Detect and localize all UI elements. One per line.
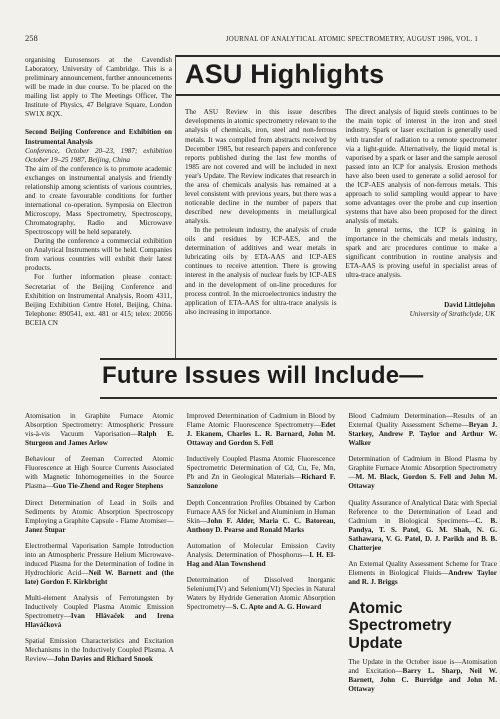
future-issues-bottom-rule [100, 397, 497, 399]
asu-column-left: The ASU Review in this issue describes d… [185, 108, 337, 318]
asu-column-right: The direct analysis of liquid steels con… [346, 108, 498, 318]
asu-highlights-section: ASU Highlights The ASU Review in this is… [176, 55, 500, 319]
beijing-paragraph-2: During the conference a commercial exhib… [25, 237, 172, 273]
future-issues-top-rule [100, 358, 497, 360]
article-authors: Guo Tie-Zhend and Roger Stephens [53, 482, 163, 490]
article-item: Atomisation in Graphite Furnace Atomic A… [25, 412, 174, 448]
signature-affiliation: University of Strathclyde, UK [346, 310, 496, 319]
article-authors: Janez Štupar [25, 526, 66, 534]
beijing-conference-heading: Second Beijing Conference and Exhibition… [25, 128, 172, 146]
beijing-conference-dates: Conference, October 20–23, 1987; exhibit… [25, 147, 172, 165]
asu-highlights-body: The ASU Review in this issue describes d… [176, 96, 500, 318]
article-title: Direct Determination of Lead in Soils an… [25, 499, 174, 525]
page-number: 258 [25, 33, 38, 43]
update-title-line-2: Update [348, 635, 402, 652]
article-item: Automation of Molecular Emission Cavity … [187, 542, 336, 569]
asu-right-paragraph-2: In general terms, the ICP is gaining in … [346, 226, 498, 280]
eurosensors-paragraph: organising Eurosensors at the Cavendish … [25, 56, 172, 119]
article-item: Electrothermal Vaporisation Sample Intro… [25, 542, 174, 587]
journal-title: JOURNAL OF ANALYTICAL ATOMIC SPECTROMETR… [226, 36, 478, 43]
future-issues-column-1: Atomisation in Graphite Furnace Atomic A… [25, 412, 174, 701]
article-item: Depth Concentration Profiles Obtained by… [187, 499, 336, 535]
article-item: Determination of Cadmium in Blood Plasma… [348, 455, 497, 491]
article-authors: John F. Alder, Maria C. C. Batoreau, Ant… [187, 517, 336, 534]
asu-right-paragraph-1: The direct analysis of liquid steels con… [346, 108, 498, 226]
article-item: Blood Cadmium Determination—Results of a… [348, 412, 497, 448]
article-item: Determination of Dissolved Inorganic Sel… [187, 576, 336, 612]
signature-block: David Littlejohn University of Strathcly… [346, 301, 498, 319]
article-item: Inductively Coupled Plasma Atomic Fluore… [187, 455, 336, 491]
article-authors: S. C. Apte and A. G. Howard [233, 603, 322, 611]
update-title-line-1: Atomic Spectrometry [348, 600, 451, 634]
article-title: Improved Determination of Cadmium in Blo… [187, 412, 336, 429]
update-paragraph: The Update in the October issue is—Atomi… [348, 658, 497, 694]
beijing-paragraph-3: For further information please contact: … [25, 273, 172, 327]
article-item: Behaviour of Zeeman Corrected Atomic Flu… [25, 455, 174, 491]
future-issues-columns: Atomisation in Graphite Furnace Atomic A… [25, 412, 497, 701]
running-head: 258 JOURNAL OF ANALYTICAL ATOMIC SPECTRO… [25, 33, 478, 43]
announcements-column: organising Eurosensors at the Cavendish … [25, 56, 172, 328]
article-item: Improved Determination of Cadmium in Blo… [187, 412, 336, 448]
article-item: Multi-element Analysis of Ferrotungsten … [25, 594, 174, 630]
article-authors: John Davies and Richard Snook [54, 655, 153, 663]
asu-left-paragraph-1: The ASU Review in this issue describes d… [185, 108, 337, 226]
article-item: Quality Assurance of Analytical Data: wi… [348, 499, 497, 553]
asu-left-paragraph-2: In the petroleum industry, the analysis … [185, 226, 337, 317]
asu-highlights-title-box: ASU Highlights [176, 55, 500, 96]
future-issues-column-3: Blood Cadmium Determination—Results of a… [348, 412, 497, 701]
article-item: Direct Determination of Lead in Soils an… [25, 499, 174, 535]
beijing-paragraph-1: The aim of the conference is to promote … [25, 165, 172, 238]
signature-name: David Littlejohn [346, 301, 496, 310]
asu-highlights-title: ASU Highlights [185, 60, 500, 88]
journal-page: 258 JOURNAL OF ANALYTICAL ATOMIC SPECTRO… [0, 0, 500, 719]
future-issues-title: Future Issues will Include— [102, 362, 423, 390]
article-authors: M. M. Black, Gordon S. Fell and John M. … [348, 473, 497, 490]
article-item: An External Quality Assessment Scheme fo… [348, 560, 497, 587]
article-item: Spatial Emission Characteristics and Exc… [25, 637, 174, 664]
atomic-spectrometry-update-title: Atomic SpectrometryUpdate [348, 600, 497, 652]
future-issues-column-2: Improved Determination of Cadmium in Blo… [187, 412, 336, 701]
